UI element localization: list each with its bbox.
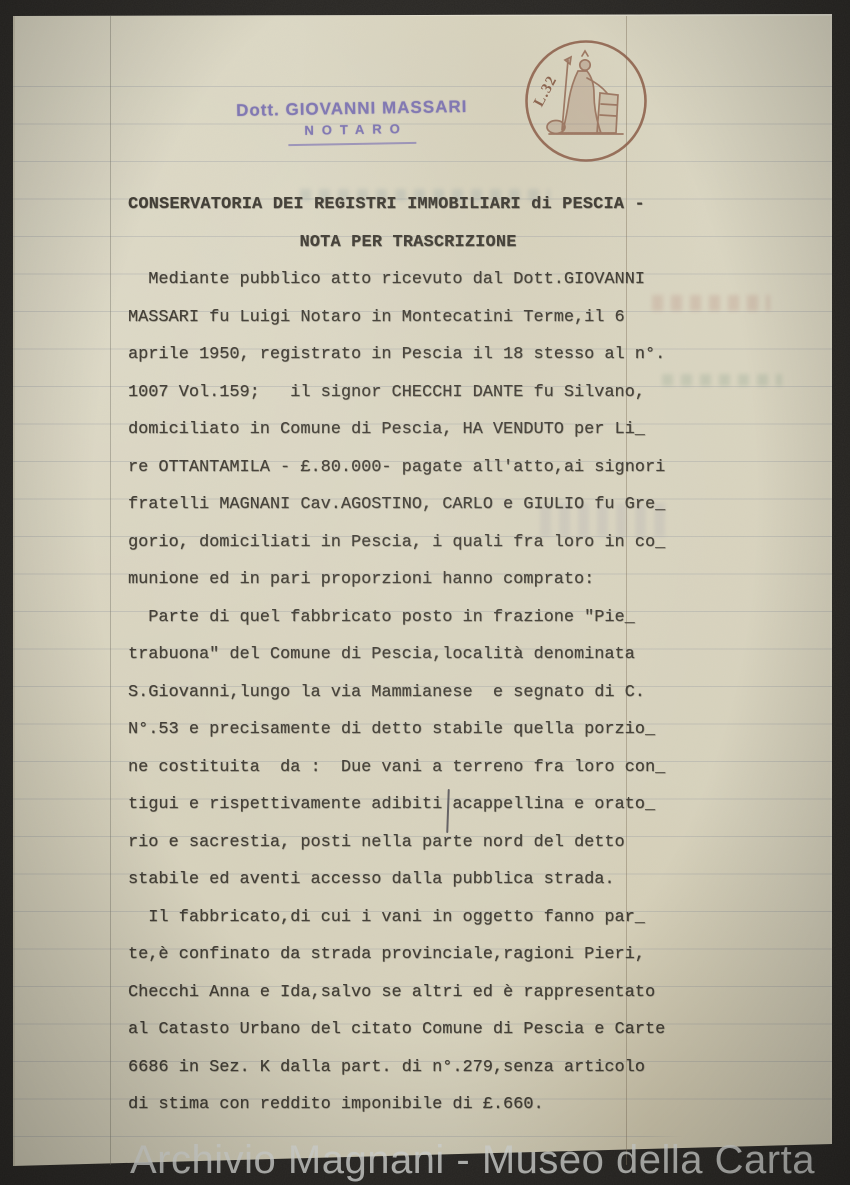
doc-line: MASSARI fu Luigi Notaro in Montecatini T… <box>128 299 688 337</box>
doc-line: N°.53 e precisamente di detto stabile qu… <box>128 711 688 749</box>
doc-line: tigui e rispettivamente adibiti acappell… <box>128 786 688 824</box>
doc-line: te,è confinato da strada provinciale,rag… <box>128 936 688 974</box>
doc-line: rio e sacrestia, posti nella parte nord … <box>128 824 688 862</box>
notary-stamp-title: NOTARO <box>230 120 474 139</box>
allegorical-figure-icon <box>547 51 623 134</box>
doc-line: trabuona" del Comune di Pescia,località … <box>128 636 688 674</box>
doc-title-line: NOTA PER TRASCRIZIONE <box>128 224 688 262</box>
seal-denomination-label: L.32 <box>531 73 561 109</box>
doc-line: domiciliato in Comune di Pescia, HA VEND… <box>128 411 688 449</box>
doc-line: Parte di quel fabbricato posto in frazio… <box>128 599 688 637</box>
scanned-document-photo: Dott. GIOVANNI MASSARI NOTARO L.32 CONSE… <box>0 0 850 1185</box>
doc-line: gorio, domiciliati in Pescia, i quali fr… <box>128 524 688 562</box>
doc-line: Il fabbricato,di cui i vani in oggetto f… <box>128 899 688 937</box>
notary-stamp-name: Dott. GIOVANNI MASSARI <box>230 97 474 121</box>
doc-line: munione ed in pari proporzioni hanno com… <box>128 561 688 599</box>
doc-line: stabile ed aventi accesso dalla pubblica… <box>128 861 688 899</box>
archive-watermark: Archivio Magnani - Museo della Carta <box>130 1138 815 1183</box>
doc-line: S.Giovanni,lungo la via Mammianese e seg… <box>128 674 688 712</box>
doc-line: di stima con reddito imponibile di £.660… <box>128 1086 688 1124</box>
doc-line: ne costituita da : Due vani a terreno fr… <box>128 749 688 787</box>
doc-line: 6686 in Sez. K dalla part. di n°.279,sen… <box>128 1049 688 1087</box>
doc-line: 1007 Vol.159; il signor CHECCHI DANTE fu… <box>128 374 688 412</box>
revenue-seal-icon: L.32 <box>521 36 651 166</box>
typed-text-block: CONSERVATORIA DEI REGISTRI IMMOBILIARI d… <box>128 186 688 1124</box>
notary-stamp: Dott. GIOVANNI MASSARI NOTARO <box>230 97 475 147</box>
doc-line: re OTTANTAMILA - £.80.000- pagate all'at… <box>128 449 688 487</box>
doc-title-line: CONSERVATORIA DEI REGISTRI IMMOBILIARI d… <box>128 186 688 224</box>
doc-line: fratelli MAGNANI Cav.AGOSTINO, CARLO e G… <box>128 486 688 524</box>
doc-line: aprile 1950, registrato in Pescia il 18 … <box>128 336 688 374</box>
doc-line: Checchi Anna e Ida,salvo se altri ed è r… <box>128 974 688 1012</box>
doc-line: al Catasto Urbano del citato Comune di P… <box>128 1011 688 1049</box>
doc-line: Mediante pubblico atto ricevuto dal Dott… <box>128 261 688 299</box>
